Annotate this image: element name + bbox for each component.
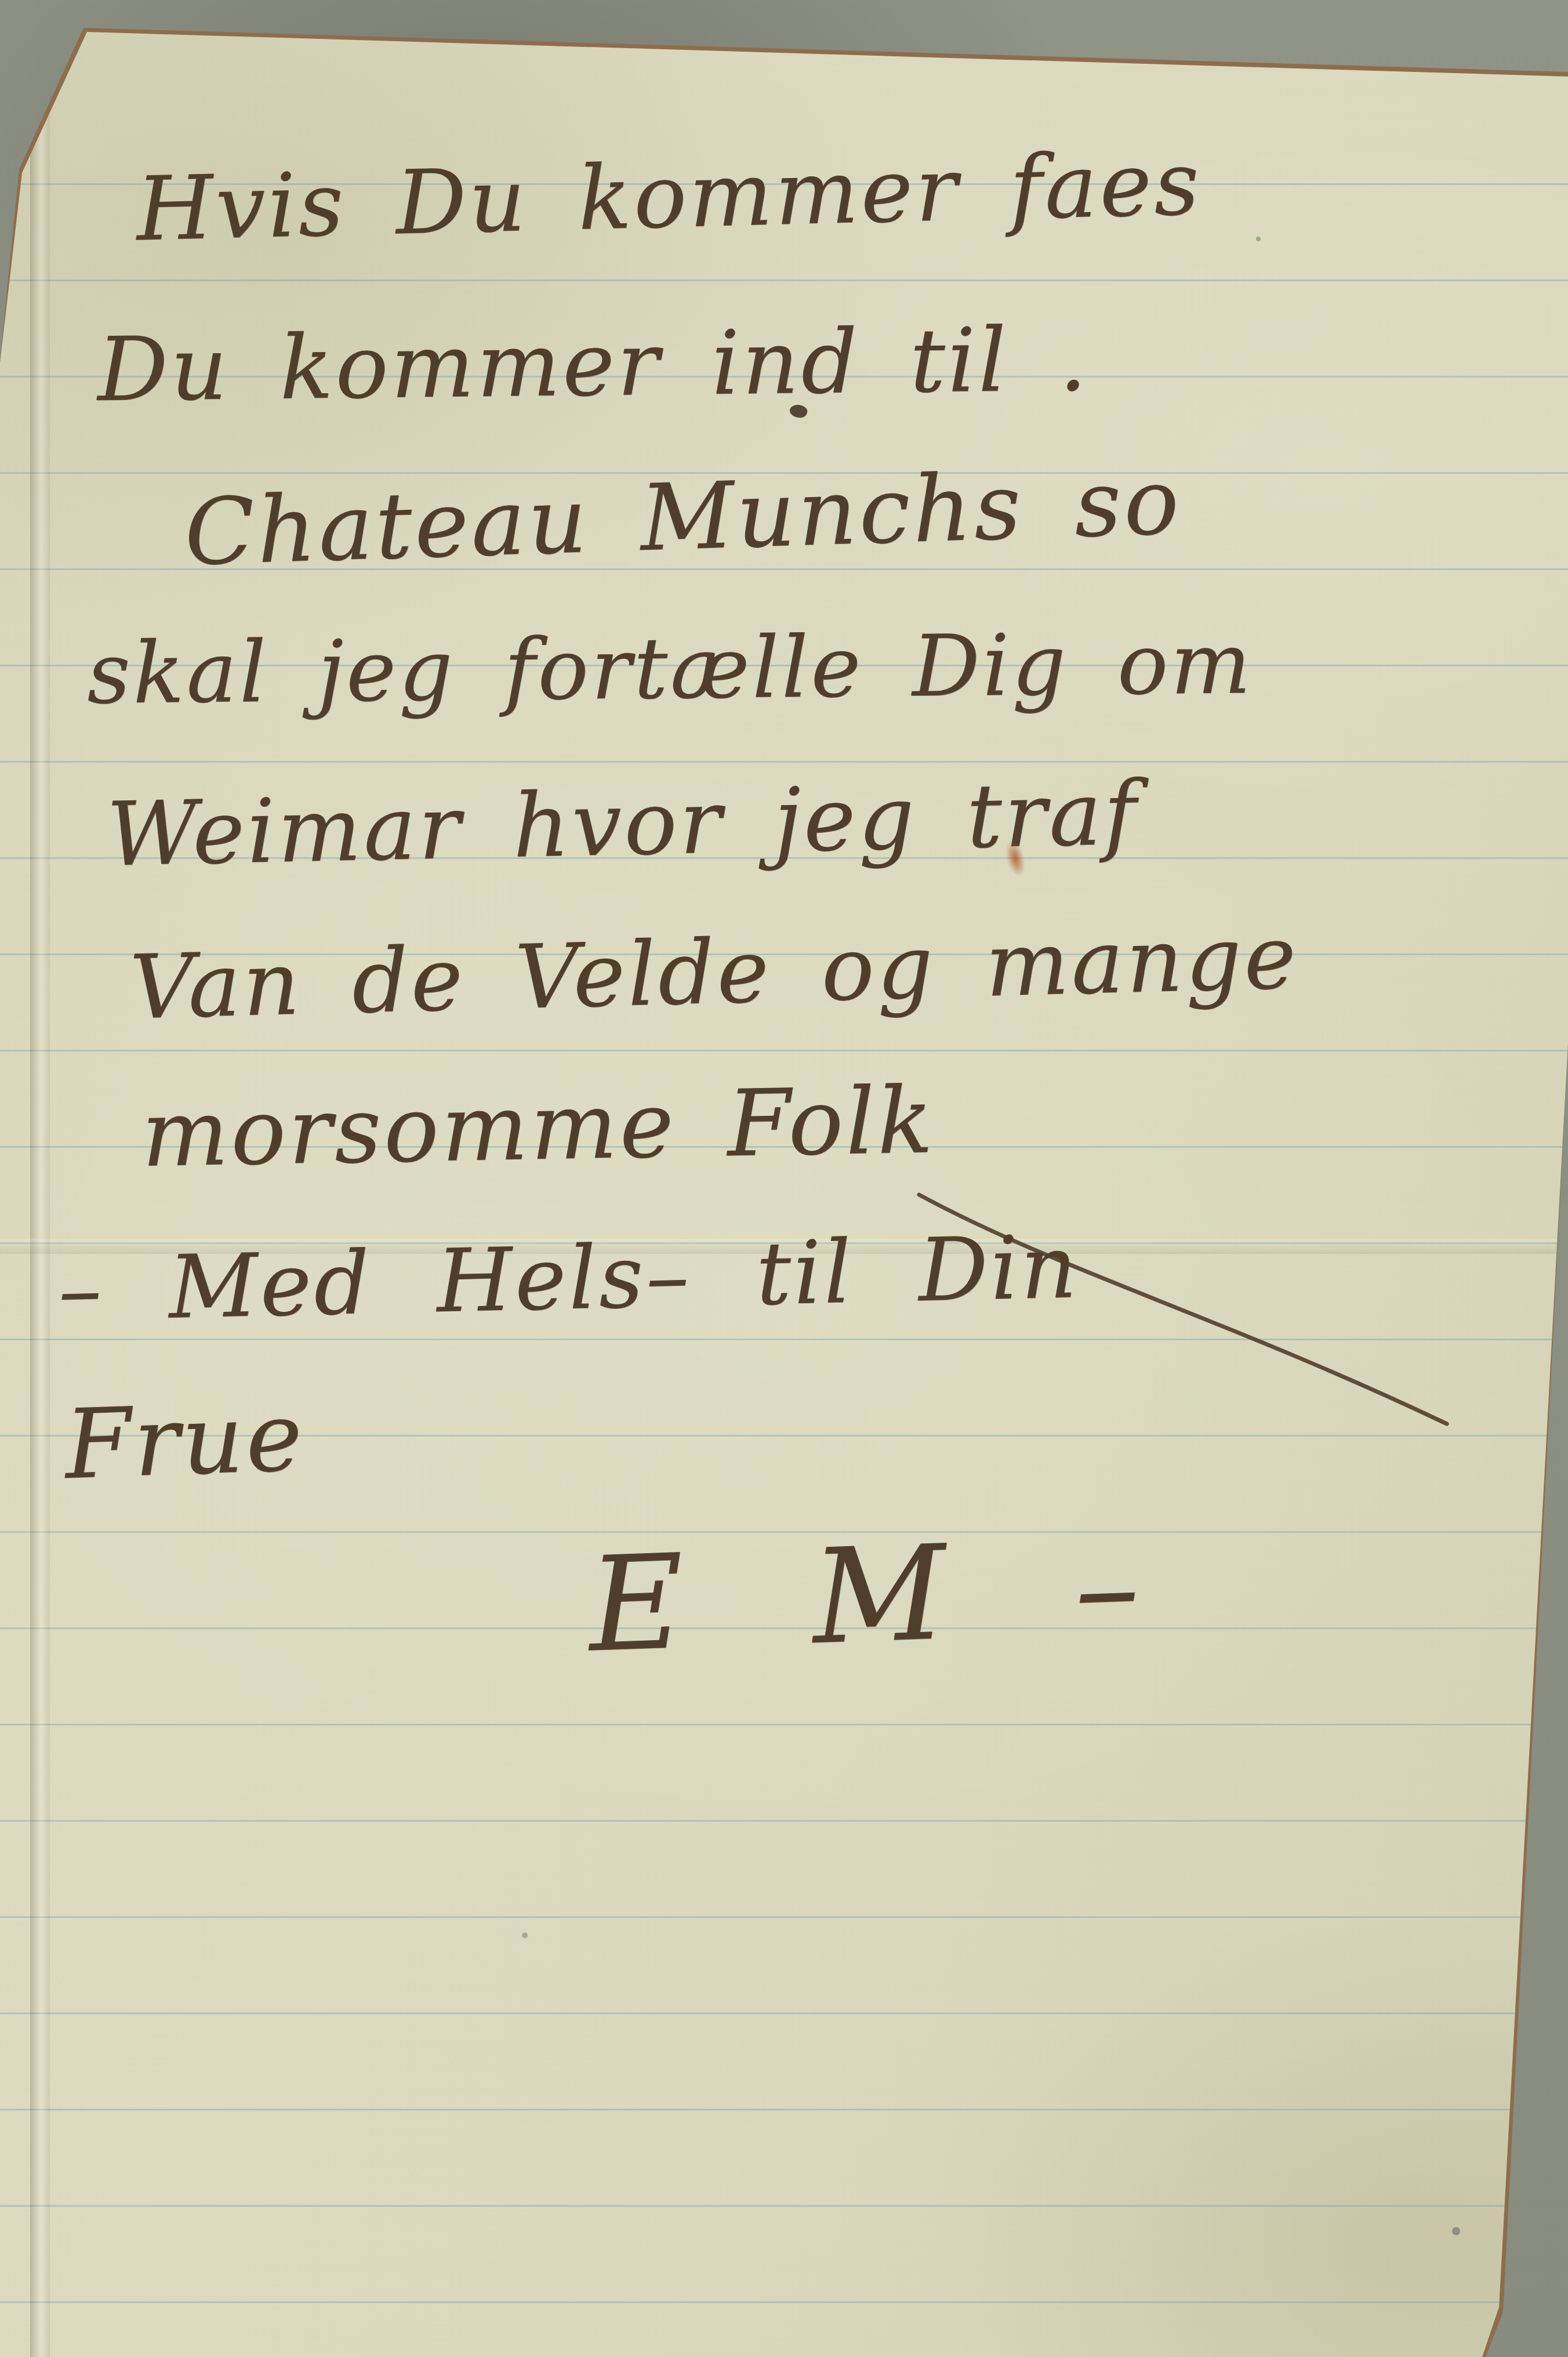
handwriting-line-9: Frue bbox=[63, 1381, 307, 1500]
vertical-fold-crease bbox=[30, 0, 50, 2357]
handwriting-line-7: morsomme Folk bbox=[140, 1067, 935, 1188]
signature: E M – bbox=[586, 1509, 1176, 1681]
photograph-background: Hvis Du kommer faes Du kommer ind til . … bbox=[0, 0, 1568, 2357]
handwriting-line-4: skal jeg fortælle Dig om bbox=[86, 614, 1253, 723]
letter-page: Hvis Du kommer faes Du kommer ind til . … bbox=[0, 0, 1568, 2357]
handwriting-line-2: Du kommer ind til . bbox=[97, 308, 1090, 421]
paper-speck bbox=[1452, 2227, 1460, 2235]
underline-flourish bbox=[896, 1169, 1482, 1459]
paper-speck bbox=[522, 1932, 528, 1938]
handwriting-line-5: Weimar hvor jeg traf bbox=[106, 762, 1139, 886]
paper-speck bbox=[1256, 237, 1261, 241]
